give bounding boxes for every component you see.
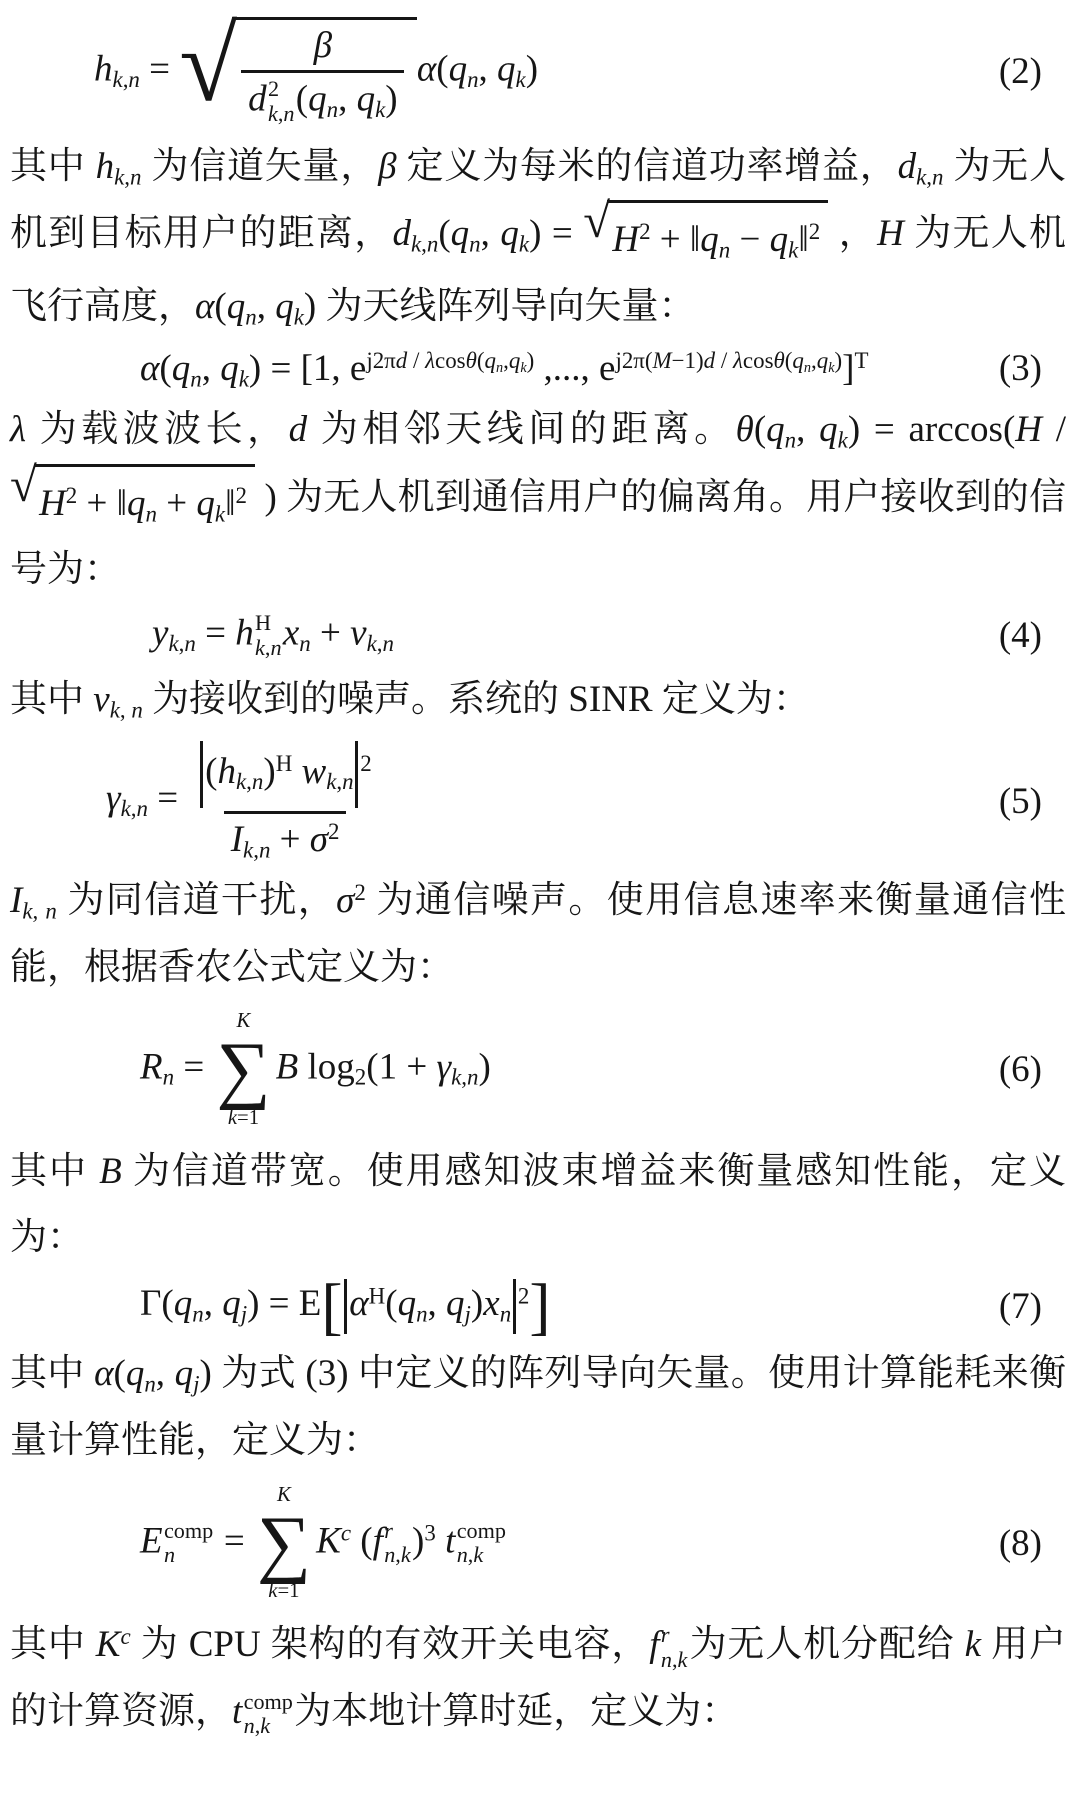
equation-6-formula: Rn = K∑k=1B log2(1 + γk,n): [140, 1008, 491, 1132]
paragraph-channel-model: 其中 hk,n 为信道矢量，β 定义为每米的信道功率增益，dk,n 为无人机到目…: [10, 134, 1066, 340]
equation-row-5: γk,n = (hk,n)H wk,n2Ik,n + σ2 (5): [10, 741, 1066, 861]
equation-2-number: (2): [999, 50, 1066, 93]
equation-5-formula: γk,n = (hk,n)H wk,n2Ik,n + σ2: [106, 741, 383, 861]
equation-row-6: Rn = K∑k=1B log2(1 + γk,n) (6): [10, 1008, 1066, 1132]
equation-3-formula: α(qn, qk) = [1, ej2πd / λcosθ(qn,qk) ,..…: [140, 347, 869, 390]
paragraph-bandwidth-sensing: 其中 B 为信道带宽。使用感知波束增益来衡量感知性能，定义为：: [10, 1139, 1066, 1272]
equation-5-number: (5): [999, 780, 1066, 823]
equation-row-3: α(qn, qk) = [1, ej2πd / λcosθ(qn,qk) ,..…: [10, 347, 1066, 390]
equation-8-number: (8): [999, 1522, 1066, 1565]
paper-page: hk,n = √βd2k,n(qn, qk)α(qn, qk) (2) 其中 h…: [0, 0, 1080, 1806]
paragraph-noise-sinr: 其中 vk, n 为接收到的噪声。系统的 SINR 定义为：: [10, 667, 1066, 734]
paragraph-cpu-capacitance: 其中 Kc 为 CPU 架构的有效开关电容，frn,k为无人机分配给 k 用户的…: [10, 1612, 1066, 1745]
equation-8-formula: Ecompn = K∑k=1Kc (frn,k)3 tcompn,k: [140, 1482, 507, 1606]
equation-row-4: yk,n = hHk,nxn + vk,n (4): [10, 611, 1066, 661]
equation-2-formula: hk,n = √βd2k,n(qn, qk)α(qn, qk): [94, 17, 538, 127]
equation-row-7: Γ(qn, qj) = E[αH(qn, qj)xn2] (7): [10, 1279, 1066, 1335]
equation-row-2: hk,n = √βd2k,n(qn, qk)α(qn, qk) (2): [10, 17, 1066, 127]
paragraph-steering-vector: λ 为载波波长，d 为相邻天线间的距离。θ(qn, qk) = arccos(H…: [10, 397, 1066, 603]
equation-row-8: Ecompn = K∑k=1Kc (frn,k)3 tcompn,k (8): [10, 1482, 1066, 1606]
equation-7-formula: Γ(qn, qj) = E[αH(qn, qj)xn2]: [140, 1279, 551, 1335]
equation-4-number: (4): [999, 614, 1066, 657]
paragraph-interference-shannon: Ik, n 为同信道干扰，σ2 为通信噪声。使用信息速率来衡量通信性能，根据香农…: [10, 868, 1066, 1001]
equation-7-number: (7): [999, 1285, 1066, 1328]
equation-4-formula: yk,n = hHk,nxn + vk,n: [152, 611, 394, 661]
equation-3-number: (3): [999, 347, 1066, 390]
paragraph-array-computation: 其中 α(qn, qj) 为式 (3) 中定义的阵列导向矢量。使用计算能耗来衡量…: [10, 1341, 1066, 1474]
equation-6-number: (6): [999, 1048, 1066, 1091]
